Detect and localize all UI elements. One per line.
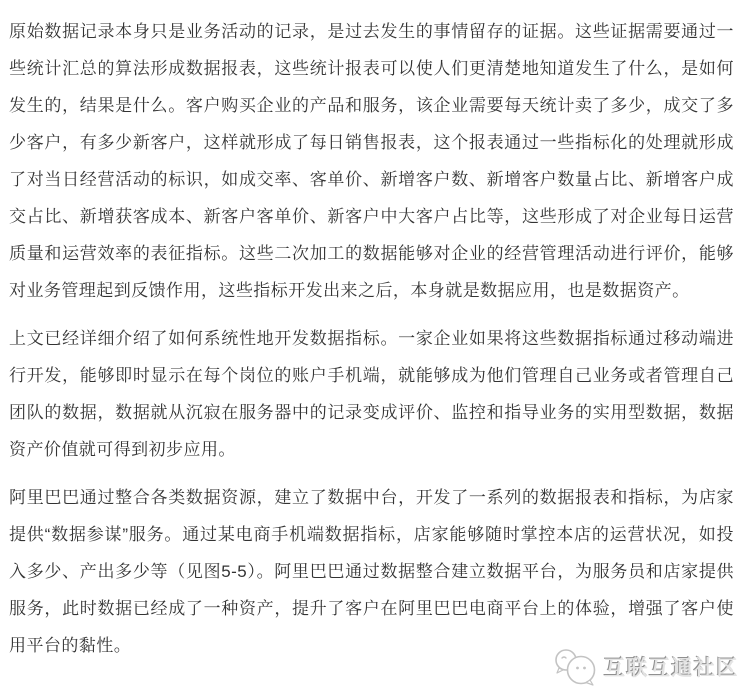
paragraph-mobile-indicators: 上文已经详细介绍了如何系统性地开发数据指标。一家企业如果将这些数据指标通过移动端… [9,320,734,468]
document-page: 原始数据记录本身只是业务活动的记录，是过去发生的事情留存的证据。这些证据需要通过… [0,0,743,692]
paragraph-alibaba-data-platform: 阿里巴巴通过整合各类数据资源，建立了数据中台，开发了一系列的数据报表和指标，为店… [9,479,734,664]
paragraph-data-records: 原始数据记录本身只是业务活动的记录，是过去发生的事情留存的证据。这些证据需要通过… [9,13,734,309]
article-body: 原始数据记录本身只是业务活动的记录，是过去发生的事情留存的证据。这些证据需要通过… [0,0,743,664]
chat-bubbles-icon [552,647,598,687]
watermark-label: 互联互通社区 [604,652,739,682]
watermark: 互联互通社区 [552,647,739,687]
